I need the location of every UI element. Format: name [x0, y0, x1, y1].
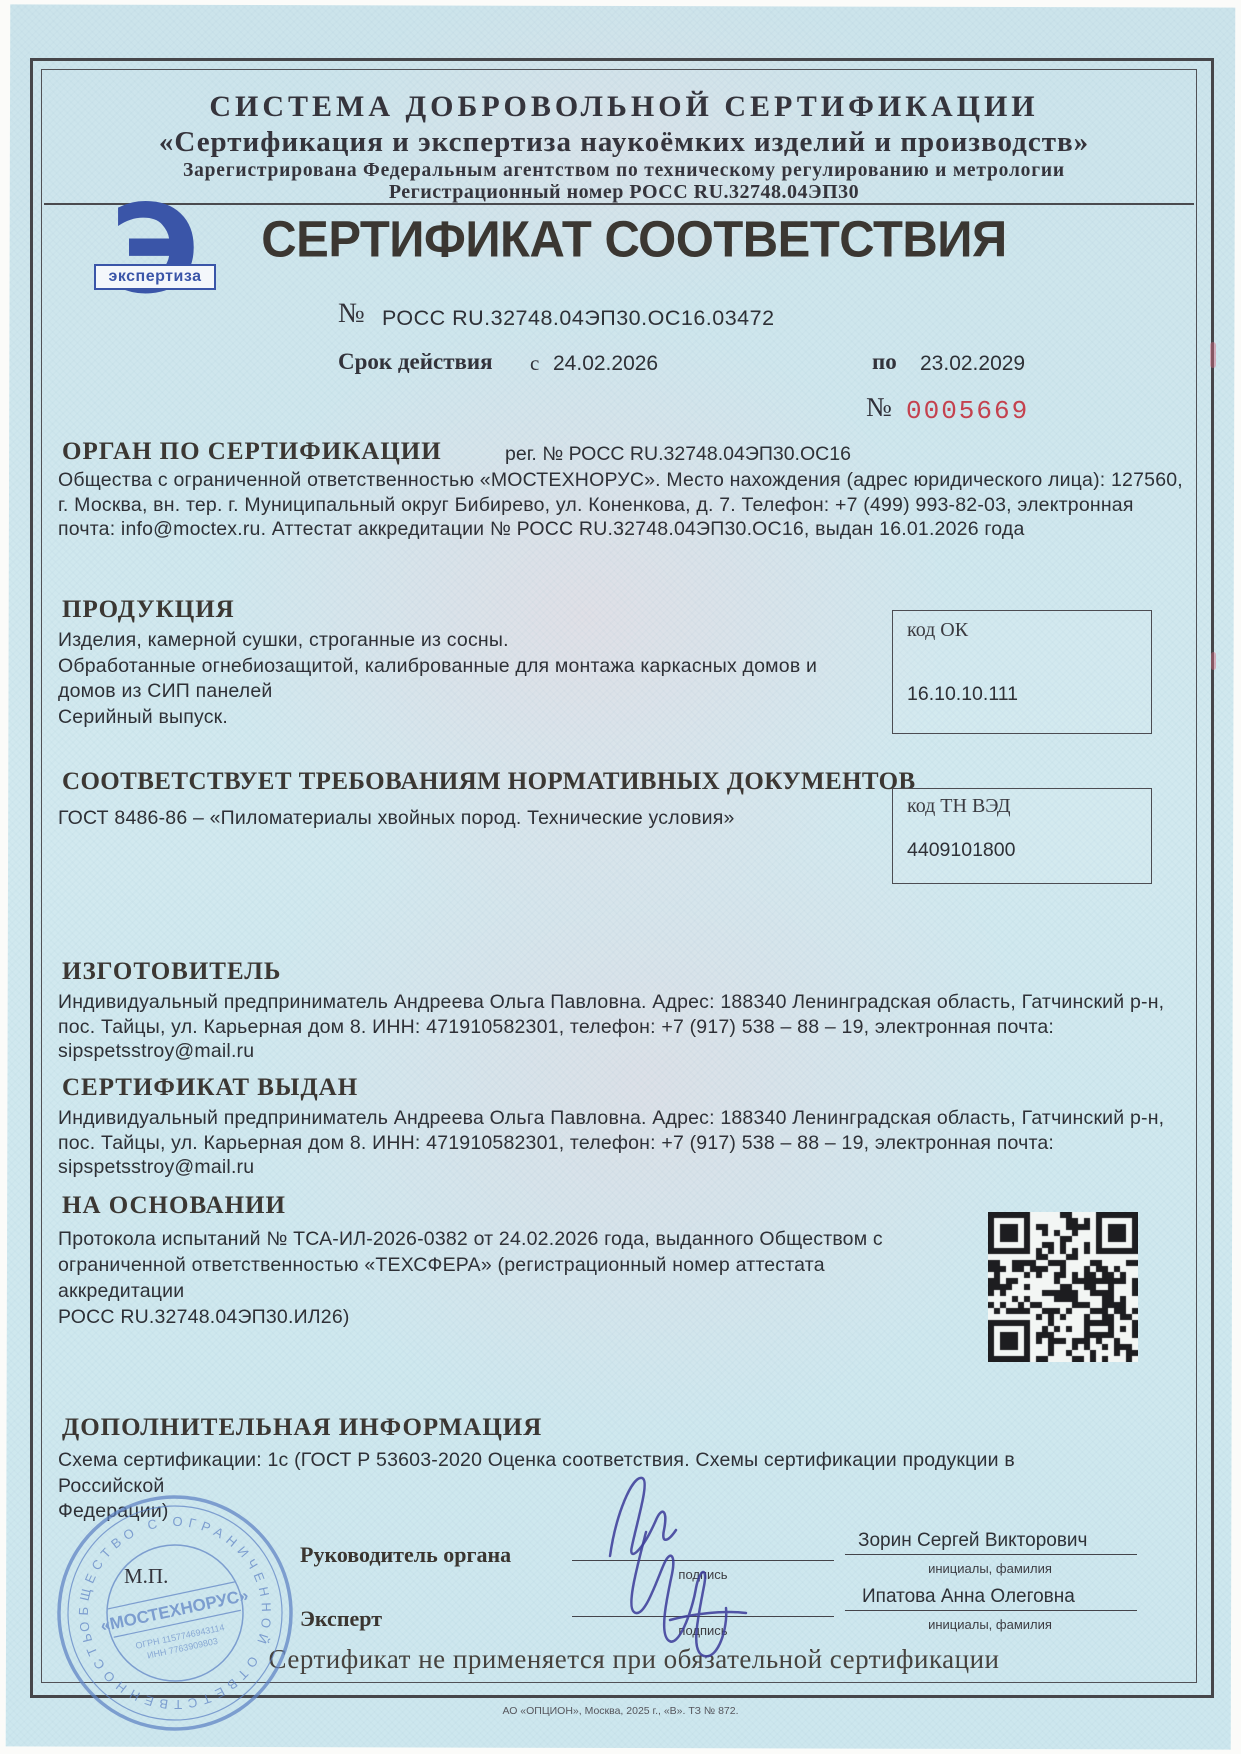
blank-serial-number: 0005669	[906, 396, 1029, 426]
head-role-label: Руководитель органа	[300, 1542, 511, 1568]
cert-no-sign: №	[338, 298, 365, 330]
expertiza-logo: Э экспертиза	[92, 206, 218, 314]
logo-banner-label: экспертиза	[109, 268, 202, 286]
expert-name-line	[845, 1610, 1137, 1611]
page-title: СЕРТИФИКАТ СООТВЕТСТВИЯ	[254, 211, 1014, 269]
issued-to-heading: СЕРТИФИКАТ ВЫДАН	[62, 1074, 358, 1102]
reg-number-line: Регистрационный номер РОСС RU.32748.04ЭП…	[50, 181, 1198, 204]
stamp-center-text: «МОСТЕХНОРУС»	[99, 1586, 250, 1636]
production-text: Изделия, камерной сушки, строганные из с…	[58, 628, 888, 730]
validity-label: Срок действия	[338, 349, 493, 375]
ok-code-value: 16.10.10.111	[907, 683, 1018, 706]
production-heading: ПРОДУКЦИЯ	[62, 596, 235, 624]
system-subtitle: «Сертификация и экспертиза наукоёмких из…	[50, 126, 1198, 159]
validity-to-label: по	[872, 349, 897, 375]
head-name-line	[845, 1554, 1137, 1555]
validity-date-from: 24.02.2026	[553, 352, 658, 376]
additional-heading: ДОПОЛНИТЕЛЬНАЯ ИНФОРМАЦИЯ	[62, 1414, 542, 1442]
tnved-code-label: код ТН ВЭД	[907, 795, 1010, 818]
blank-no-sign: №	[866, 392, 892, 423]
organ-reg-label: рег. № РОСС RU.32748.04ЭП30.ОС16	[505, 443, 851, 466]
cert-number: РОСС RU.32748.04ЭП30.ОС16.03472	[382, 306, 775, 331]
validity-date-to: 23.02.2029	[920, 352, 1025, 376]
certificate-page: СИСТЕМА ДОБРОВОЛЬНОЙ СЕРТИФИКАЦИИ «Серти…	[0, 0, 1241, 1754]
compliance-heading: СООТВЕТСТВУЕТ ТРЕБОВАНИЯМ НОРМАТИВНЫХ ДО…	[62, 768, 916, 796]
scan-mark-mid	[1211, 652, 1216, 670]
scan-mark-top	[1210, 342, 1216, 368]
validity-from-label: с	[530, 351, 539, 376]
basis-heading: НА ОСНОВАНИИ	[62, 1192, 286, 1220]
manufacturer-text: Индивидуальный предприниматель Андреева …	[58, 990, 1198, 1064]
compliance-text: ГОСТ 8486-86 – «Пиломатериалы хвойных по…	[58, 806, 888, 831]
basis-text: Протокола испытаний № ТСА-ИЛ-2026-0382 о…	[58, 1226, 908, 1330]
company-stamp: ОБЩЕСТВО С ОГРАНИЧЕННОЙ ОТВЕТСТВЕННОСТЬЮ…	[27, 1465, 324, 1754]
ok-code-box: код ОК 16.10.10.111	[892, 610, 1152, 734]
registered-line: Зарегистрирована Федеральным агентством …	[50, 160, 1198, 182]
tnved-code-value: 4409101800	[907, 839, 1015, 862]
qr-code	[988, 1212, 1138, 1362]
logo-banner: экспертиза	[94, 264, 216, 290]
logo-letter: Э	[92, 190, 218, 310]
expert-role-label: Эксперт	[300, 1606, 382, 1632]
expert-signature-ink	[612, 1520, 802, 1690]
head-name: Зорин Сергей Викторович	[858, 1530, 1087, 1552]
expert-name: Ипатова Анна Олеговна	[862, 1586, 1075, 1608]
expert-name-caption: инициалы, фамилия	[905, 1617, 1075, 1632]
issued-to-text: Индивидуальный предприниматель Андреева …	[58, 1106, 1198, 1180]
head-name-caption: инициалы, фамилия	[905, 1561, 1075, 1576]
system-title: СИСТЕМА ДОБРОВОЛЬНОЙ СЕРТИФИКАЦИИ	[50, 90, 1198, 124]
tnved-code-box: код ТН ВЭД 4409101800	[892, 788, 1152, 884]
organ-heading: ОРГАН ПО СЕРТИФИКАЦИИ	[62, 438, 442, 466]
organ-text: Общества с ограниченной ответственностью…	[58, 468, 1198, 542]
manufacturer-heading: ИЗГОТОВИТЕЛЬ	[62, 958, 281, 986]
ok-code-label: код ОК	[907, 619, 968, 642]
